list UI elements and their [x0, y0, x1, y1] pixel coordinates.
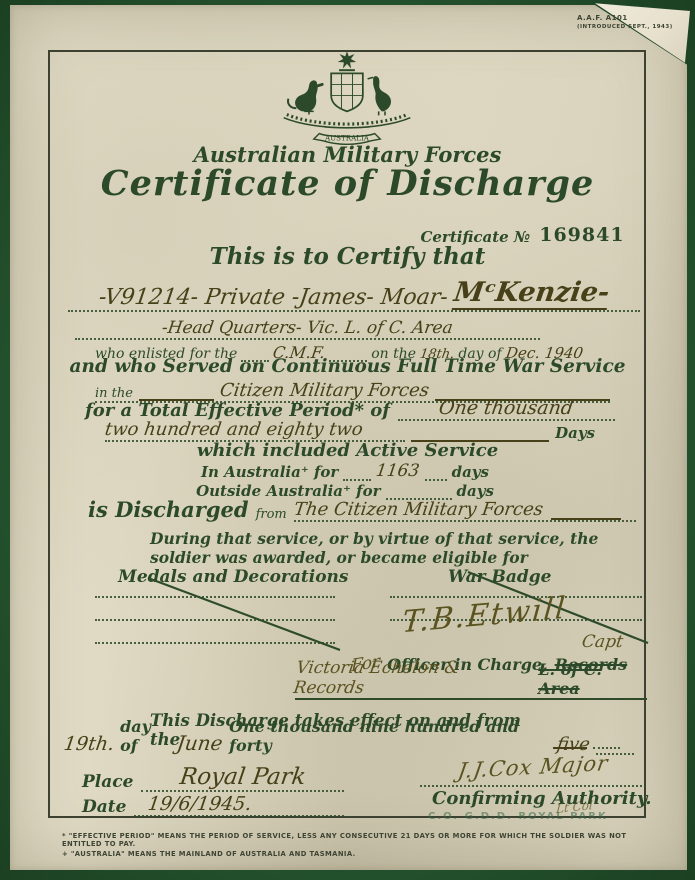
echelon-unit: Victoria Echelon & Records	[292, 658, 533, 698]
date-value: 19/6/1945.	[147, 793, 254, 815]
unit-struck: L. of C. Area	[538, 660, 647, 698]
place-fill-line: Royal Park	[141, 764, 344, 792]
scanned-certificate-page: { "colors": { "backdrop_green": "#23502c…	[0, 0, 695, 880]
date-label: Date	[82, 797, 126, 817]
effect-day: 19th.	[62, 733, 115, 755]
effect-month: June	[176, 731, 225, 755]
date-fill-line: 19/6/1945.	[134, 793, 344, 817]
confirming-signature-line: J.J.Cox Major	[420, 755, 646, 787]
effect-day-of: day of	[120, 717, 171, 755]
place-label: Place	[82, 772, 133, 792]
date-row: Date 19/6/1945.	[82, 790, 344, 817]
place-row: Place Royal Park	[82, 760, 344, 792]
effect-row-2: 19th. day of June One thousand nine hund…	[64, 731, 634, 755]
officer-rank: Capt	[581, 632, 625, 652]
confirming-signature: J.J.Cox Major	[456, 751, 610, 783]
confirming-authority-label: Confirming Authority.	[432, 788, 652, 809]
unit-stamp: C.O. G.D.D. ROYAL PARK	[428, 811, 658, 822]
echelon-row: Victoria Echelon & Records L. of C. Area	[295, 676, 647, 700]
effect-year-words: One thousand nine hundred and forty	[229, 717, 551, 755]
footnote-effective-period: * "EFFECTIVE PERIOD" MEANS THE PERIOD OF…	[62, 832, 654, 848]
place-value: Royal Park	[178, 764, 307, 790]
footnote-australia: + "AUSTRALIA" MEANS THE MAINLAND OF AUST…	[62, 850, 654, 858]
